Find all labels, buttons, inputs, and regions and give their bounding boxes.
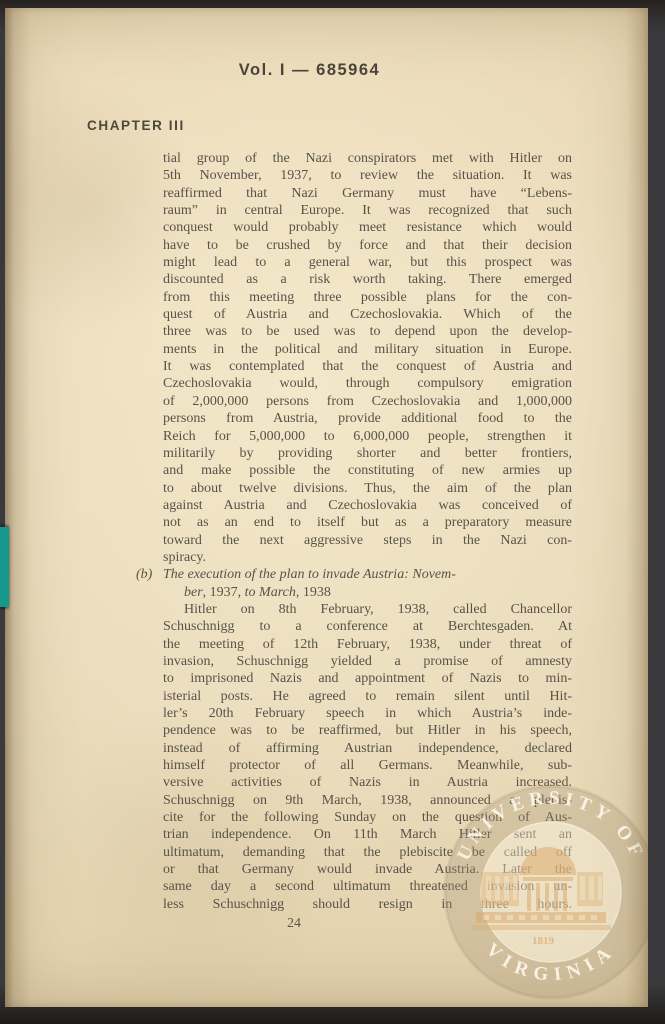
text-line: same day a second ultimatum threatened i… (163, 878, 572, 895)
svg-text:VIRGINIA: VIRGINIA (482, 939, 621, 985)
text-line: to about twelve divisions. Thus, the aim… (163, 480, 572, 497)
text-line: versive activities of Nazis in Austria i… (163, 774, 572, 791)
heading-segment: , 1938 (296, 585, 331, 600)
text-line: Schuschnigg to a conference at Berchtesg… (163, 618, 572, 635)
text-line: himself protector of all Germans. Meanwh… (163, 757, 572, 774)
text-line: trian independence. On 11th March Hitler… (163, 826, 572, 843)
text-line: 5th November, 1937, to review the situat… (163, 167, 572, 184)
text-line: isterial posts. He agreed to remain sile… (163, 688, 572, 705)
item-b-heading-line: The execution of the plan to invade Aust… (163, 566, 572, 583)
seal-bottom-text: VIRGINIA (482, 939, 621, 985)
text-line: and make possible the constituting of ne… (163, 462, 572, 479)
text-line: against Austria and Czechoslovakia was c… (163, 497, 572, 514)
text-line: tial group of the Nazi conspirators met … (163, 150, 572, 167)
volume-header: Vol. I — 685964 (5, 61, 614, 80)
text-line: Czechoslovakia would, through compulsory… (163, 375, 572, 392)
text-line: three was to be used was to depend upon … (163, 323, 572, 340)
text-line: invasion, Schuschnigg yielded a promise … (163, 653, 572, 670)
item-b-marker: (b) (136, 566, 152, 583)
scan-photo-background: { "page": { "volume_header": "Vol. I — 6… (0, 0, 665, 1024)
text-line: ultimatum, demanding that the plebiscite… (163, 844, 572, 861)
text-line: less Schuschnigg should resign in three … (163, 896, 572, 913)
chapter-heading: CHAPTER III (87, 118, 185, 133)
text-line: cite for the following Sunday on the que… (163, 809, 572, 826)
text-line: might lead to a general war, but this pr… (163, 254, 572, 271)
item-b-heading-line: ber, 1937, to March, 1938 (163, 584, 572, 601)
text-line: raum” in central Europe. It was recogniz… (163, 202, 572, 219)
item-b-paragraph: Hitler on 8th February, 1938, called Cha… (163, 601, 572, 913)
text-line: Reich for 5,000,000 to 6,000,000 people,… (163, 428, 572, 445)
text-line: reaffirmed that Nazi Germany must have “… (163, 185, 572, 202)
text-line: conquest would probably meet resistance … (163, 219, 572, 236)
text-line: the meeting of 12th February, 1938, unde… (163, 636, 572, 653)
heading-segment: to March (245, 585, 296, 600)
book-page: Vol. I — 685964 CHAPTER III tial group o… (5, 8, 648, 1007)
text-line: Schuschnigg on 9th March, 1938, announce… (163, 792, 572, 809)
text-line: not as an end to itself but as a prepara… (163, 514, 572, 531)
text-line: ments in the political and military situ… (163, 341, 572, 358)
page-number: 24 (269, 916, 319, 932)
heading-segment: , 1937, (203, 585, 245, 600)
heading-segment: The execution of the plan to invade Aust… (163, 567, 456, 582)
text-line: Hitler on 8th February, 1938, called Cha… (163, 601, 572, 618)
teal-edge-strip (0, 527, 9, 607)
text-line: have to be crushed by force and that the… (163, 237, 572, 254)
text-line: instead of affirming Austrian independen… (163, 740, 572, 757)
text-line: persons from Austria, provide additional… (163, 410, 572, 427)
text-line: spiracy. (163, 549, 572, 566)
text-line: militarily by providing shorter and bett… (163, 445, 572, 462)
text-line: to imprisoned Nazis and appointment of N… (163, 670, 572, 687)
seal-year: 1819 (532, 935, 555, 947)
body-text-column: tial group of the Nazi conspirators met … (163, 150, 572, 913)
text-line: discounted as a risk worth taking. There… (163, 271, 572, 288)
text-line: quest of Austria and Czechoslovakia. Whi… (163, 306, 572, 323)
heading-segment: ber (184, 585, 203, 600)
text-line: from this meeting three possible plans f… (163, 289, 572, 306)
text-line: ler’s 20th February speech in which Aust… (163, 705, 572, 722)
continuation-paragraph: tial group of the Nazi conspirators met … (163, 150, 572, 566)
text-line: pendence was to be reaffirmed, but Hitle… (163, 722, 572, 739)
item-b-heading: (b) The execution of the plan to invade … (163, 566, 572, 601)
text-line: of 2,000,000 persons from Czechoslovakia… (163, 393, 572, 410)
text-line: It was contemplated that the conquest of… (163, 358, 572, 375)
text-line: toward the next aggressive steps in the … (163, 532, 572, 549)
text-line: or that Germany would invade Austria. La… (163, 861, 572, 878)
